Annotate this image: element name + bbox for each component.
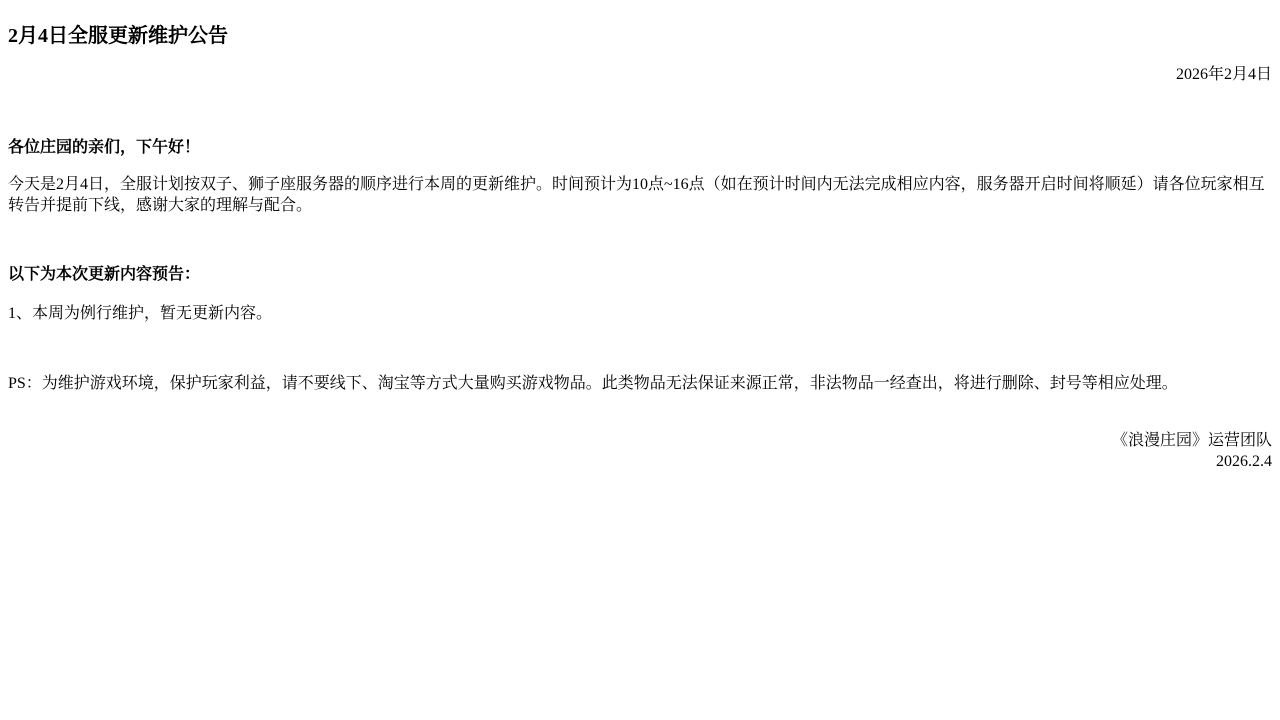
greeting-line: 各位庄园的亲们，下午好！ [8,137,1272,158]
announcement-page: 2月4日全服更新维护公告 2026年2月4日 各位庄园的亲们，下午好！ 今天是2… [0,0,1280,720]
announcement-title: 2月4日全服更新维护公告 [8,25,1272,48]
maintenance-intro-paragraph: 今天是2月4日，全服计划按双子、狮子座服务器的顺序进行本周的更新维护。时间预计为… [8,174,1272,216]
signature-team: 《浪漫庄园》运营团队 [8,430,1272,451]
update-preview-heading: 以下为本次更新内容预告： [8,264,1272,285]
signature-date: 2026.2.4 [8,451,1272,472]
signature-block: 《浪漫庄园》运营团队 2026.2.4 [8,430,1272,472]
ps-warning-paragraph: PS：为维护游戏环境，保护玩家利益，请不要线下、淘宝等方式大量购买游戏物品。此类… [8,373,1272,394]
announcement-date: 2026年2月4日 [8,64,1272,85]
update-preview-item: 1、本周为例行维护，暂无更新内容。 [8,303,1272,324]
